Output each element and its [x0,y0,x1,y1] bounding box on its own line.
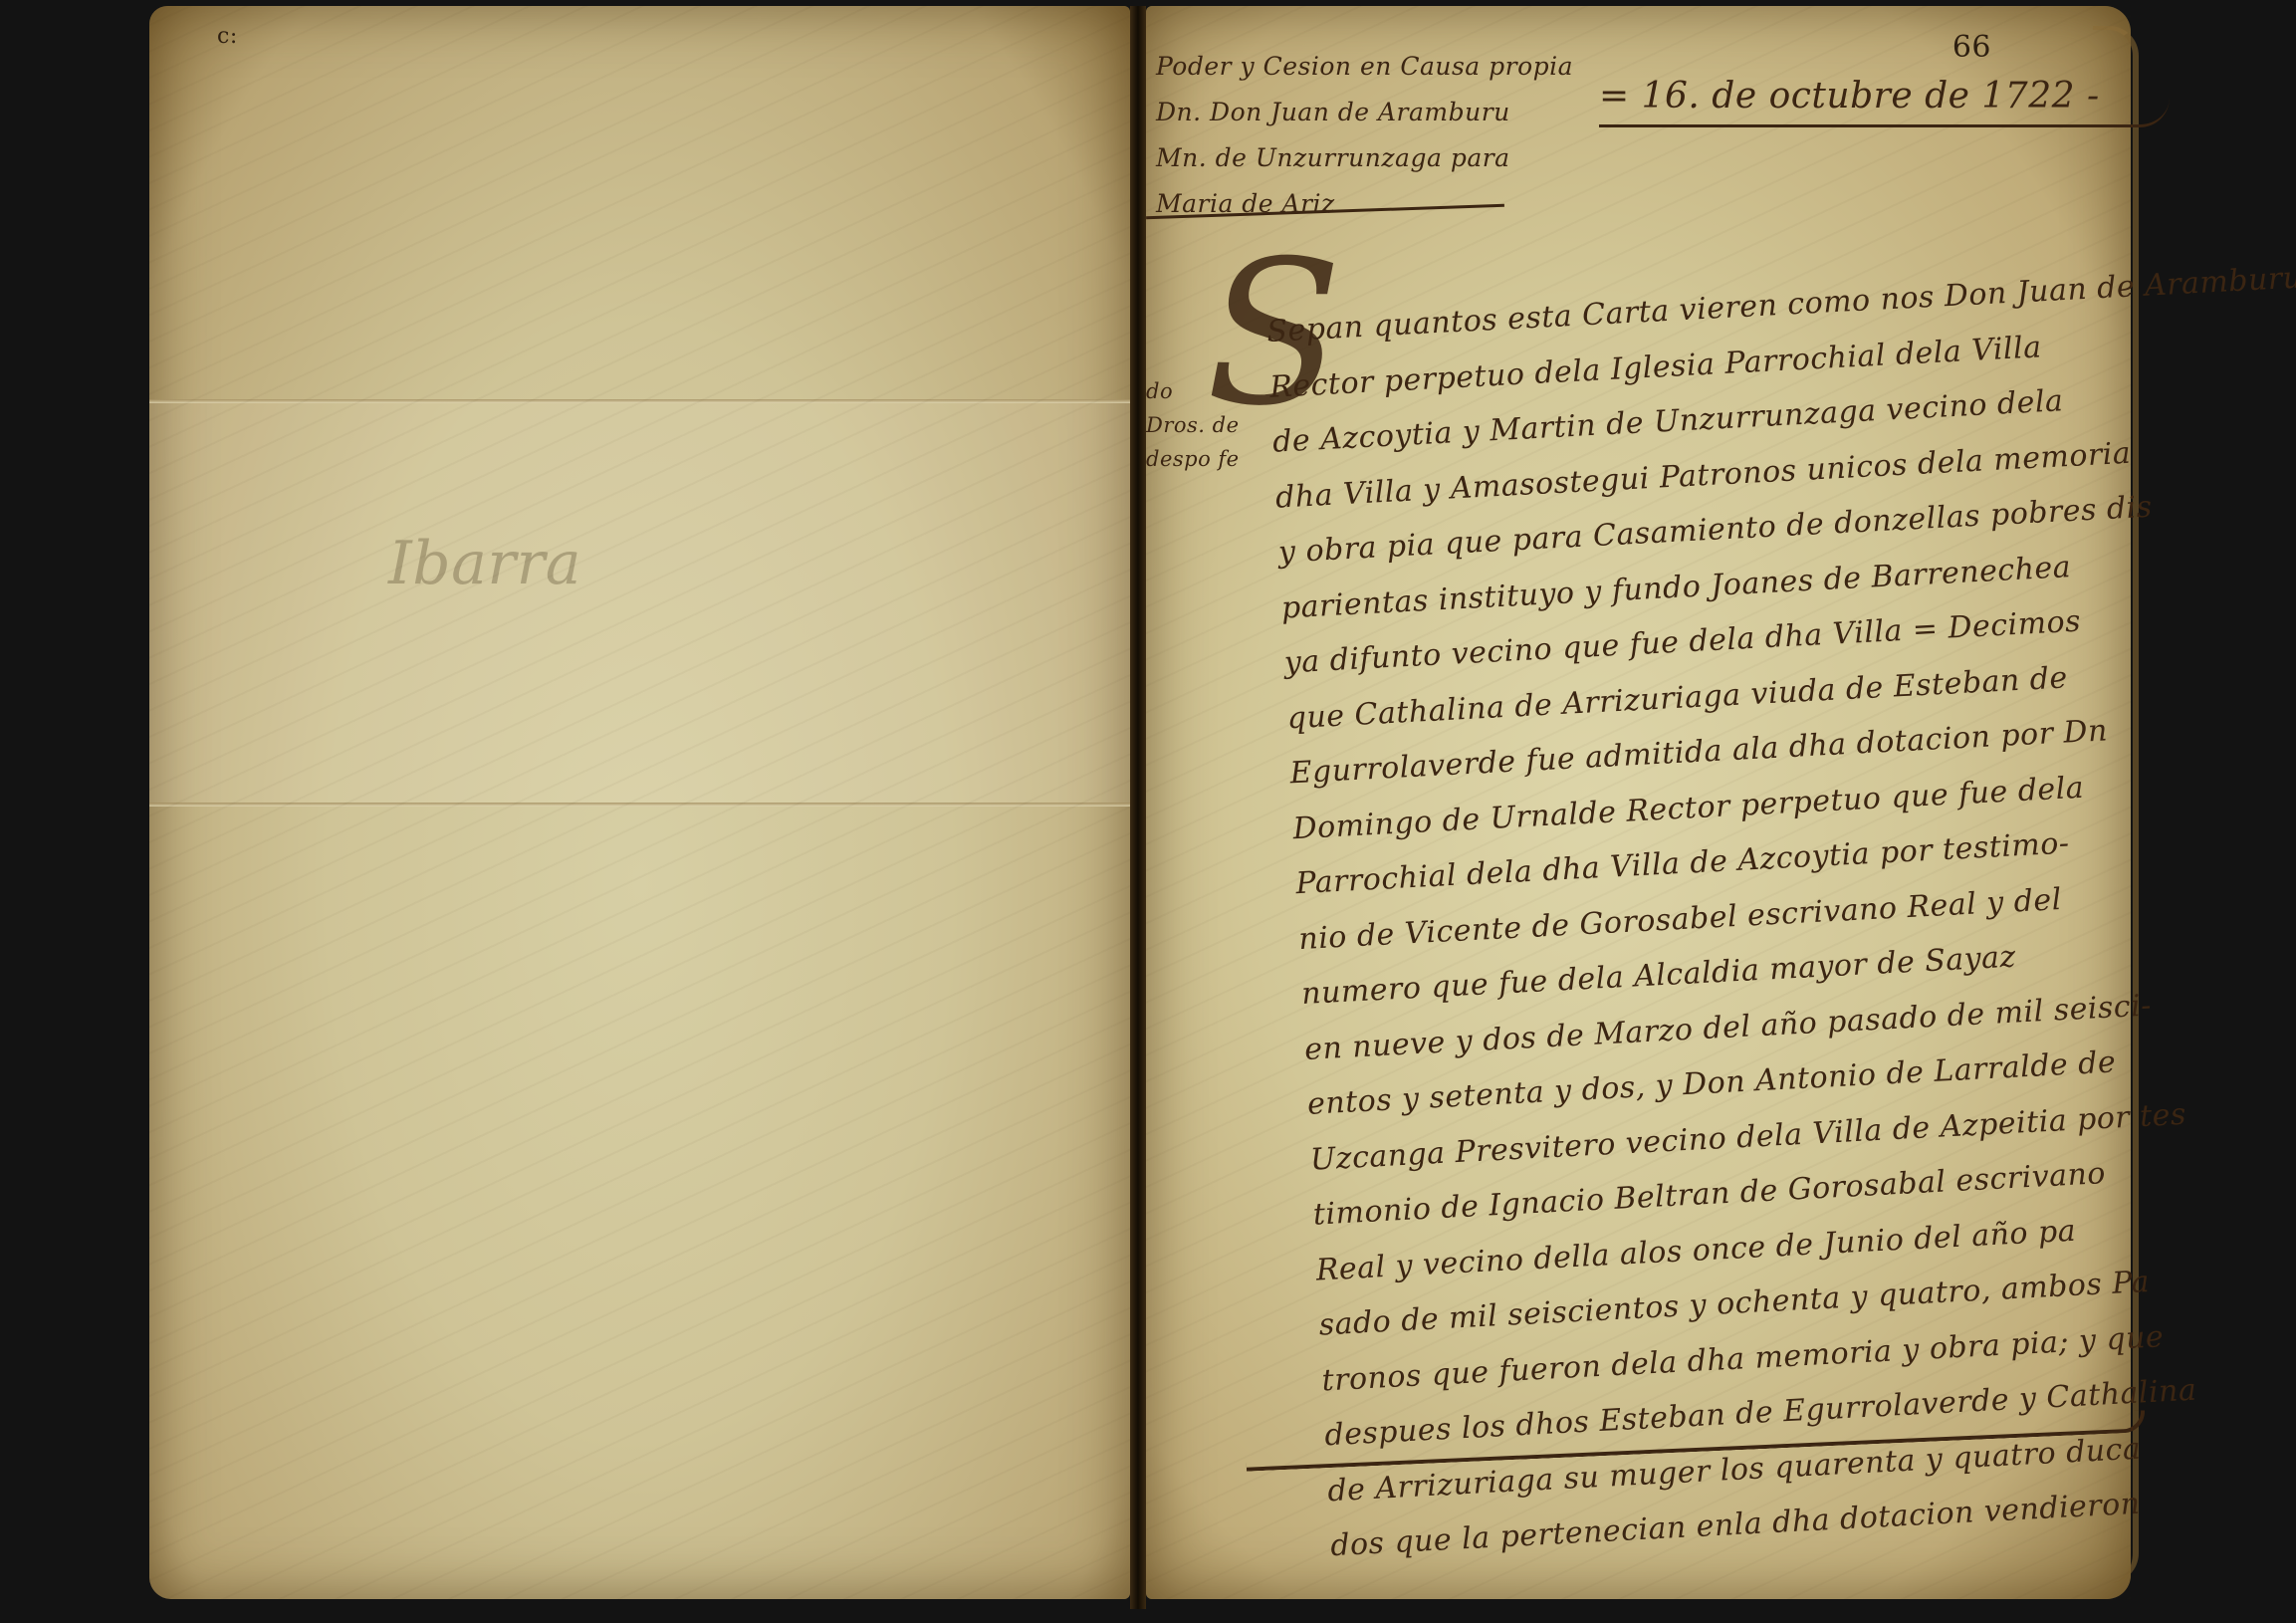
heading-line: Poder y Cesion en Causa propia [1156,44,1573,90]
bleedthrough-signature: Ibarra [388,529,581,598]
deed-heading: Poder y Cesion en Causa propia Dn. Don J… [1156,44,1573,227]
folio-number: 66 [1952,30,1991,65]
margin-note-line: do [1146,374,1240,408]
heading-line: Mn. de Unzurrunzaga para [1156,135,1573,181]
heading-line: Dn. Don Juan de Aramburu [1156,90,1573,135]
deed-date: = 16. de octubre de 1722 - [1599,76,2170,127]
fold-crease-upper [149,399,1130,403]
manuscript-book-spread: c: Ibarra 66 Poder y Cesion en Causa pro… [149,6,2131,1619]
margin-note-line: despo fe [1146,442,1240,476]
book-spine [1130,6,1146,1609]
left-page-mark: c: [217,24,238,49]
deed-body-text: Sepan quantos esta Carta vieren como nos… [1265,250,2296,1573]
margin-note: do Dros. de despo fe [1146,374,1240,476]
left-page: c: Ibarra [149,6,1130,1599]
right-page: 66 Poder y Cesion en Causa propia Dn. Do… [1146,6,2131,1599]
fold-crease-lower [149,803,1130,807]
fold-panel [149,399,1130,803]
margin-note-line: Dros. de [1146,408,1240,442]
